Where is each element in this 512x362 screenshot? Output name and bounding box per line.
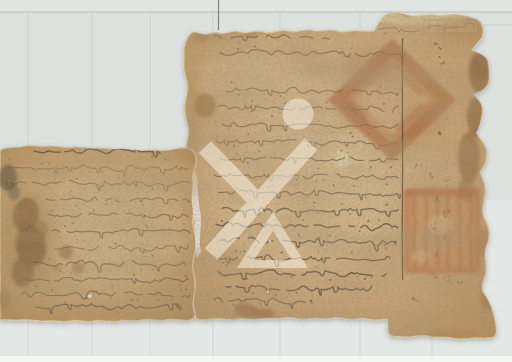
- photo-canvas: [0, 0, 512, 362]
- watermark-dot: [283, 99, 314, 130]
- square-seal: [406, 190, 478, 272]
- manuscript-photo: [0, 0, 512, 362]
